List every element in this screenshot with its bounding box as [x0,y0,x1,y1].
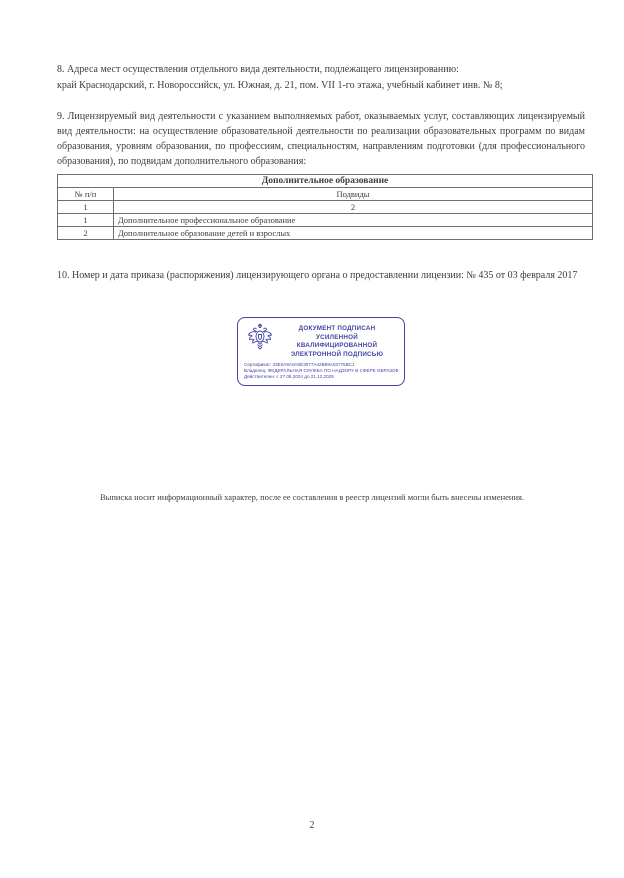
section-8-heading: 8. Адреса мест осуществления отдельного … [57,62,585,78]
col-header-subtypes: Подвиды [114,188,593,201]
informational-note: Выписка носит информационный характер, п… [0,492,624,502]
section-8-addresses: 8. Адреса мест осуществления отдельного … [57,62,585,93]
stamp-validity: Действителен: с 27.08.2024 до 21.12.2025 [244,374,398,380]
stamp-top-row: ДОКУМЕНТ ПОДПИСАН УСИЛЕННОЙ КВАЛИФИЦИРОВ… [244,322,398,359]
section-9-activity: 9. Лицензируемый вид деятельности с указ… [57,109,585,240]
stamp-title-line3: ЭЛЕКТРОННОЙ ПОДПИСЬЮ [276,351,398,360]
table-title: Дополнительное образование [58,175,593,188]
stamp-details: Сертификат: 33E0A9A0A0E3077A42B89A03775B… [244,362,398,380]
stamp-title: ДОКУМЕНТ ПОДПИСАН УСИЛЕННОЙ КВАЛИФИЦИРОВ… [276,322,398,359]
document-content: 8. Адреса мест осуществления отдельного … [57,62,585,386]
table-row: 2 Дополнительное образование детей и взр… [58,227,593,240]
row-num: 1 [58,214,114,227]
digital-signature-stamp: ДОКУМЕНТ ПОДПИСАН УСИЛЕННОЙ КВАЛИФИЦИРОВ… [237,317,405,386]
additional-education-table: Дополнительное образование № п/п Подвиды… [57,174,593,240]
document-page: 8. Адреса мест осуществления отдельного … [0,0,624,878]
section-10-paragraph: 10. Номер и дата приказа (распоряжения) … [57,268,585,283]
table-index-row: 1 2 [58,201,593,214]
stamp-title-line1: ДОКУМЕНТ ПОДПИСАН [276,325,398,334]
row-name: Дополнительное профессиональное образова… [114,214,593,227]
stamp-title-line2: УСИЛЕННОЙ КВАЛИФИЦИРОВАННОЙ [276,334,398,351]
table-header-row: № п/п Подвиды [58,188,593,201]
col-header-num: № п/п [58,188,114,201]
section-10-order: 10. Номер и дата приказа (распоряжения) … [57,268,585,283]
row-name: Дополнительное образование детей и взрос… [114,227,593,240]
double-headed-eagle-icon [244,322,276,352]
col-index-2: 2 [114,201,593,214]
section-9-paragraph: 9. Лицензируемый вид деятельности с указ… [57,109,585,169]
col-index-1: 1 [58,201,114,214]
page-number: 2 [0,820,624,831]
table-title-row: Дополнительное образование [58,175,593,188]
section-8-address: край Краснодарский, г. Новороссийск, ул.… [57,78,585,94]
row-num: 2 [58,227,114,240]
table-row: 1 Дополнительное профессиональное образо… [58,214,593,227]
